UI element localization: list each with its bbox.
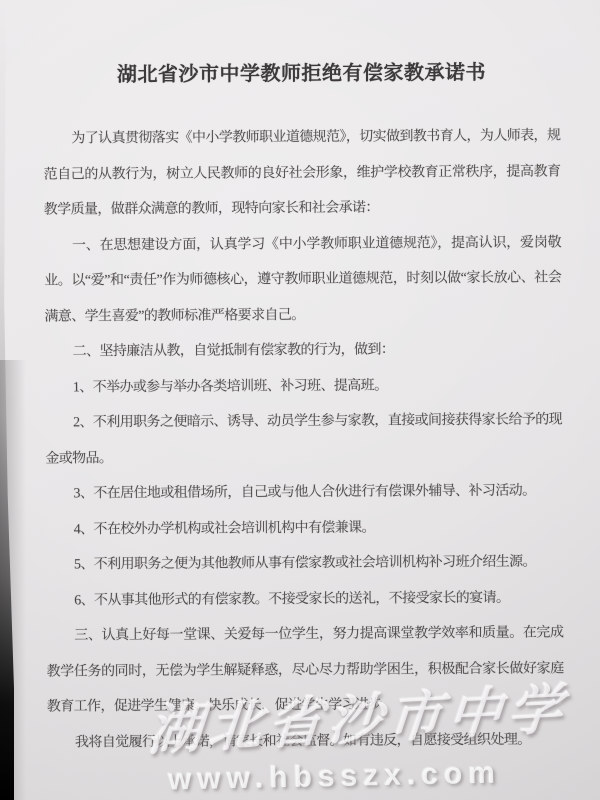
commitment-item-2: 2、不利用职务之便暗示、诱导、动员学生参与家教，直接或间接获得家长给予的现金或物… xyxy=(45,402,562,476)
commitment-item-3: 3、不在居住地或租借场所，自己或与他人合伙进行有偿课外辅导、补习活动。 xyxy=(45,473,562,512)
paper-sheet: 湖北省沙市中学教师拒绝有偿家教承诺书 为了认真贯彻落实《中小学教师职业道德规范》… xyxy=(0,0,600,800)
commitment-item-4: 4、不在校外办学机构或社会培训机构中有偿兼课。 xyxy=(46,509,563,548)
document-title: 湖北省沙市中学教师拒绝有偿家教承诺书 xyxy=(43,56,560,91)
paragraph-closing: 我将自觉履行以上承诺，请家长和社会监督。如有违反，自愿接受组织处理。 xyxy=(47,722,564,761)
paragraph-section-3: 三、认真上好每一堂课、关爱每一位学生，努力提高课堂教学效率和质量。在完成教学任务… xyxy=(46,615,564,725)
commitment-item-1: 1、不举办或参与举办各类培训班、补习班、提高班。 xyxy=(45,367,562,406)
paragraph-intro: 为了认真贯彻落实《中小学教师职业道德规范》，切实做到教书育人，为人师表，规范自己… xyxy=(43,118,561,228)
paragraph-section-2: 二、坚持廉洁从教，自觉抵制有偿家教的行为，做到： xyxy=(45,331,562,370)
website-watermark: www.hbsszx.com xyxy=(168,757,502,798)
commitment-item-5: 5、不利用职务之便为其他教师从事有偿家教或社会培训机构补习班介绍生源。 xyxy=(46,544,563,583)
document-body: 湖北省沙市中学教师拒绝有偿家教承诺书 为了认真贯彻落实《中小学教师职业道德规范》… xyxy=(43,56,564,760)
commitment-item-6: 6、不从事其他形式的有偿家教。不接受家长的送礼，不接受家长的宴请。 xyxy=(46,580,563,619)
paragraph-section-1: 一、在思想建设方面，认真学习《中小学教师职业道德规范》，提高认识，爱岗敬业。以“… xyxy=(44,225,562,335)
document-photo: 湖北省沙市中学教师拒绝有偿家教承诺书 为了认真贯彻落实《中小学教师职业道德规范》… xyxy=(0,0,600,800)
